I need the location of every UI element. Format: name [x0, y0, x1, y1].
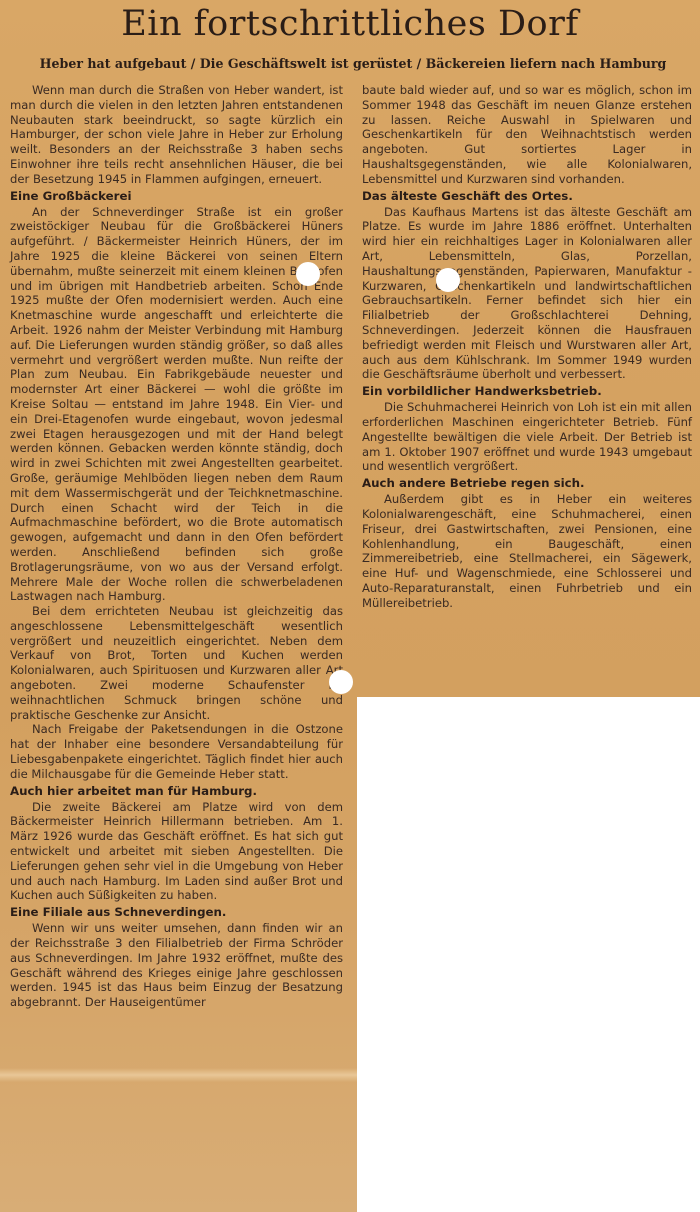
- section-heading: Das älteste Geschäft des Ortes.: [362, 189, 692, 204]
- paragraph: Die Schuhmacherei Heinrich von Loh ist e…: [362, 400, 692, 474]
- paragraph: Außerdem gibt es in Heber ein weiteres K…: [362, 492, 692, 610]
- section-heading: Eine Filiale aus Schneverdingen.: [10, 905, 343, 920]
- punch-hole: [436, 268, 460, 292]
- article-headline: Ein fortschrittliches Dorf: [0, 2, 700, 46]
- article-column-right: baute bald wieder auf, und so war es mög…: [362, 83, 692, 611]
- punch-hole: [296, 262, 320, 286]
- section-heading: Eine Großbäckerei: [10, 189, 343, 204]
- article-subheadline: Heber hat aufgebaut / Die Geschäftswelt …: [8, 54, 698, 74]
- intro-paragraph: Wenn man durch die Straßen von Heber wan…: [10, 83, 343, 187]
- paragraph: Nach Freigabe der Paketsendungen in die …: [10, 722, 343, 781]
- section-heading: Auch hier arbeitet man für Hamburg.: [10, 784, 343, 799]
- section-heading: Ein vorbildlicher Handwerksbetrieb.: [362, 384, 692, 399]
- paragraph: An der Schneverdinger Straße ist ein gro…: [10, 205, 343, 605]
- continuation-paragraph: baute bald wieder auf, und so war es mög…: [362, 83, 692, 187]
- paragraph: Das Kaufhaus Martens ist das älteste Ges…: [362, 205, 692, 383]
- paper-crease: [0, 1068, 357, 1082]
- punch-hole: [329, 670, 353, 694]
- paragraph: Wenn wir uns weiter umsehen, dann finden…: [10, 921, 343, 1010]
- section-heading: Auch andere Betriebe regen sich.: [362, 476, 692, 491]
- paragraph: Bei dem errichteten Neubau ist gleichzei…: [10, 604, 343, 722]
- paragraph: Die zweite Bäckerei am Platze wird von d…: [10, 800, 343, 904]
- article-column-left: Wenn man durch die Straßen von Heber wan…: [10, 83, 343, 1010]
